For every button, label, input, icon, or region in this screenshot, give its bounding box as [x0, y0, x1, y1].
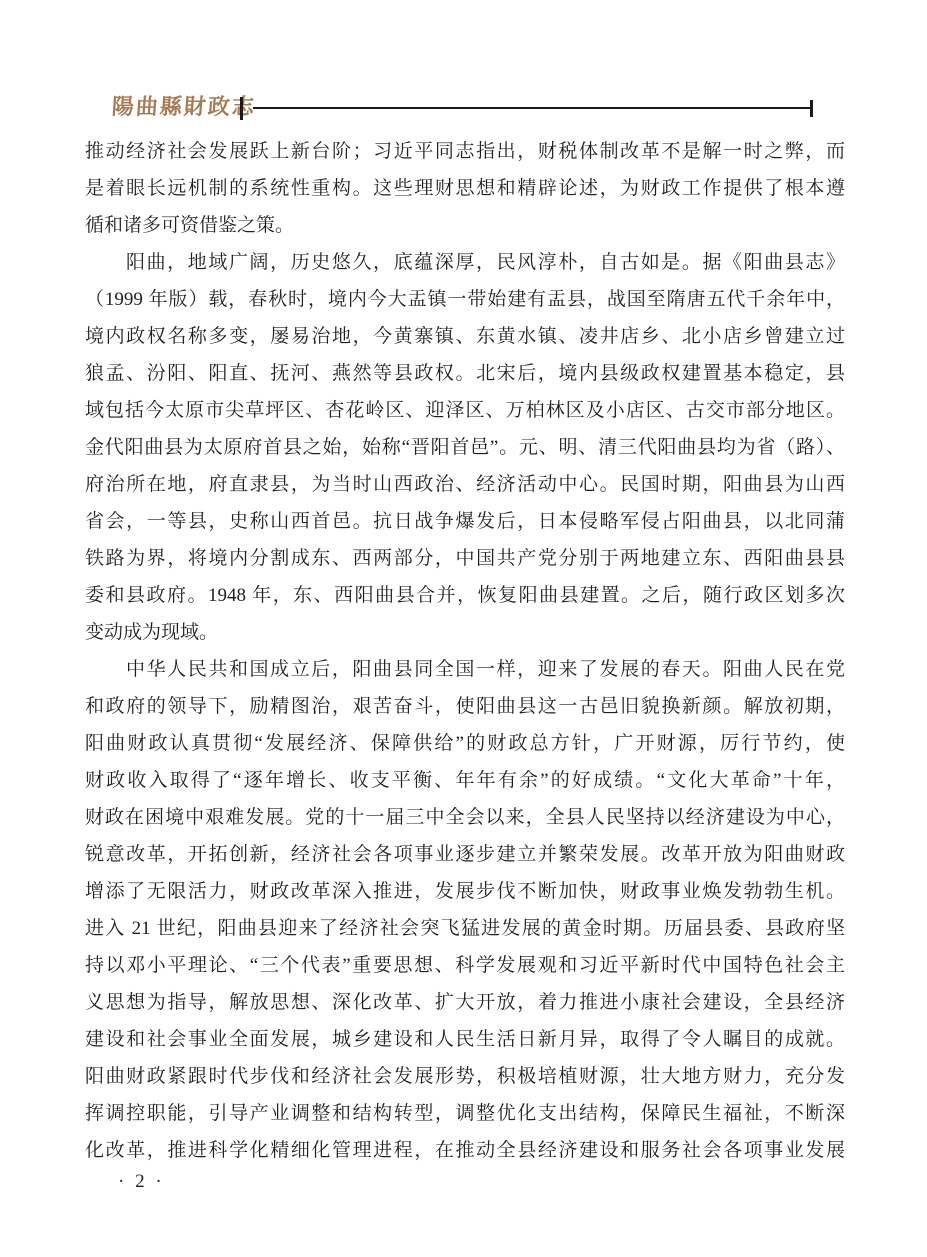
book-title-calligraphy: 陽曲縣財政志: [111, 90, 257, 121]
text-line: 阳曲，地域广阔，历史悠久，底蕴深厚，民风淳朴，自古如是。据《阳曲县志》: [85, 244, 845, 281]
text-line: 狼孟、汾阳、阳直、抚河、燕然等县政权。北宋后，境内县级政权建置基本稳定，县: [85, 355, 845, 392]
paragraph: 推动经济社会发展跃上新台阶；习近平同志指出，财税体制改革不是解一时之弊，而 是着…: [85, 133, 845, 244]
text-line: 挥调控职能，引导产业调整和结构转型，调整优化支出结构，保障民生福祉，不断深: [85, 1095, 845, 1132]
body-text: 推动经济社会发展跃上新台阶；习近平同志指出，财税体制改革不是解一时之弊，而 是着…: [85, 133, 845, 1169]
text-line: 财政收入取得了“逐年增长、收支平衡、年年有余”的好成绩。“文化大革命”十年，: [85, 762, 845, 799]
text-line: 省会，一等县，史称山西首邑。抗日战争爆发后，日本侵略军侵占阳曲县，以北同蒲: [85, 503, 845, 540]
text-line: 循和诸多可资借鉴之策。: [85, 207, 845, 244]
text-line: 阳曲财政紧跟时代步伐和经济社会发展形势，积极培植财源，壮大地方财力，充分发: [85, 1058, 845, 1095]
text-line: 域包括今太原市尖草坪区、杏花岭区、迎泽区、万柏林区及小店区、古交市部分地区。: [85, 392, 845, 429]
text-line: 财政在困境中艰难发展。党的十一届三中全会以来，全县人民坚持以经济建设为中心，: [85, 799, 845, 836]
text-line: 锐意改革，开拓创新，经济社会各项事业逐步建立并繁荣发展。改革开放为阳曲财政: [85, 836, 845, 873]
text-line: 阳曲财政认真贯彻“发展经济、保障供给”的财政总方针，广开财源，厉行节约，使: [85, 725, 845, 762]
text-line: 进入 21 世纪，阳曲县迎来了经济社会突飞猛进发展的黄金时期。历届县委、县政府坚: [85, 910, 845, 947]
header-rule-left-cap: [240, 97, 243, 120]
text-line: 金代阳曲县为太原府首县之始，始称“晋阳首邑”。元、明、清三代阳曲县均为省（路）、: [85, 429, 845, 466]
text-line: 是着眼长远机制的系统性重构。这些理财思想和精辟论述，为财政工作提供了根本遵: [85, 170, 845, 207]
text-line: （1999 年版）载，春秋时，境内今大盂镇一带始建有盂县，战国至隋唐五代千余年中…: [85, 281, 845, 318]
text-line: 委和县政府。1948 年，东、西阳曲县合并，恢复阳曲县建置。之后，随行政区划多次: [85, 577, 845, 614]
text-line: 府治所在地，府直隶县，为当时山西政治、经济活动中心。民国时期，阳曲县为山西: [85, 466, 845, 503]
header-rule-right-cap: [810, 100, 813, 117]
text-line: 和政府的领导下，励精图治，艰苦奋斗，使阳曲县这一古邑旧貌换新颜。解放初期，: [85, 688, 845, 725]
text-line: 义思想为指导，解放思想、深化改革、扩大开放，着力推进小康社会建设，全县经济: [85, 984, 845, 1021]
text-line: 持以邓小平理论、“三个代表”重要思想、科学发展观和习近平新时代中国特色社会主: [85, 947, 845, 984]
paragraph: 阳曲，地域广阔，历史悠久，底蕴深厚，民风淳朴，自古如是。据《阳曲县志》 （199…: [85, 244, 845, 651]
page-number: · 2 ·: [118, 1168, 165, 1196]
text-line: 建设和社会事业全面发展，城乡建设和人民生活日新月异，取得了令人瞩目的成就。: [85, 1021, 845, 1058]
text-line: 增添了无限活力，财政改革深入推进，发展步伐不断加快，财政事业焕发勃勃生机。: [85, 873, 845, 910]
header-rule: [253, 107, 811, 109]
text-line: 境内政权名称多变，屡易治地，今黄寨镇、东黄水镇、凌井店乡、北小店乡曾建立过: [85, 318, 845, 355]
text-line: 中华人民共和国成立后，阳曲县同全国一样，迎来了发展的春天。阳曲人民在党: [85, 651, 845, 688]
text-line: 铁路为界，将境内分割成东、西两部分，中国共产党分别于两地建立东、西阳曲县县: [85, 540, 845, 577]
text-line: 推动经济社会发展跃上新台阶；习近平同志指出，财税体制改革不是解一时之弊，而: [85, 133, 845, 170]
text-line: 变动成为现域。: [85, 614, 845, 651]
text-line: 化改革，推进科学化精细化管理进程，在推动全县经济建设和服务社会各项事业发展: [85, 1132, 845, 1169]
document-page: 陽曲縣財政志 推动经济社会发展跃上新台阶；习近平同志指出，财税体制改革不是解一时…: [0, 0, 927, 1257]
paragraph: 中华人民共和国成立后，阳曲县同全国一样，迎来了发展的春天。阳曲人民在党 和政府的…: [85, 651, 845, 1169]
